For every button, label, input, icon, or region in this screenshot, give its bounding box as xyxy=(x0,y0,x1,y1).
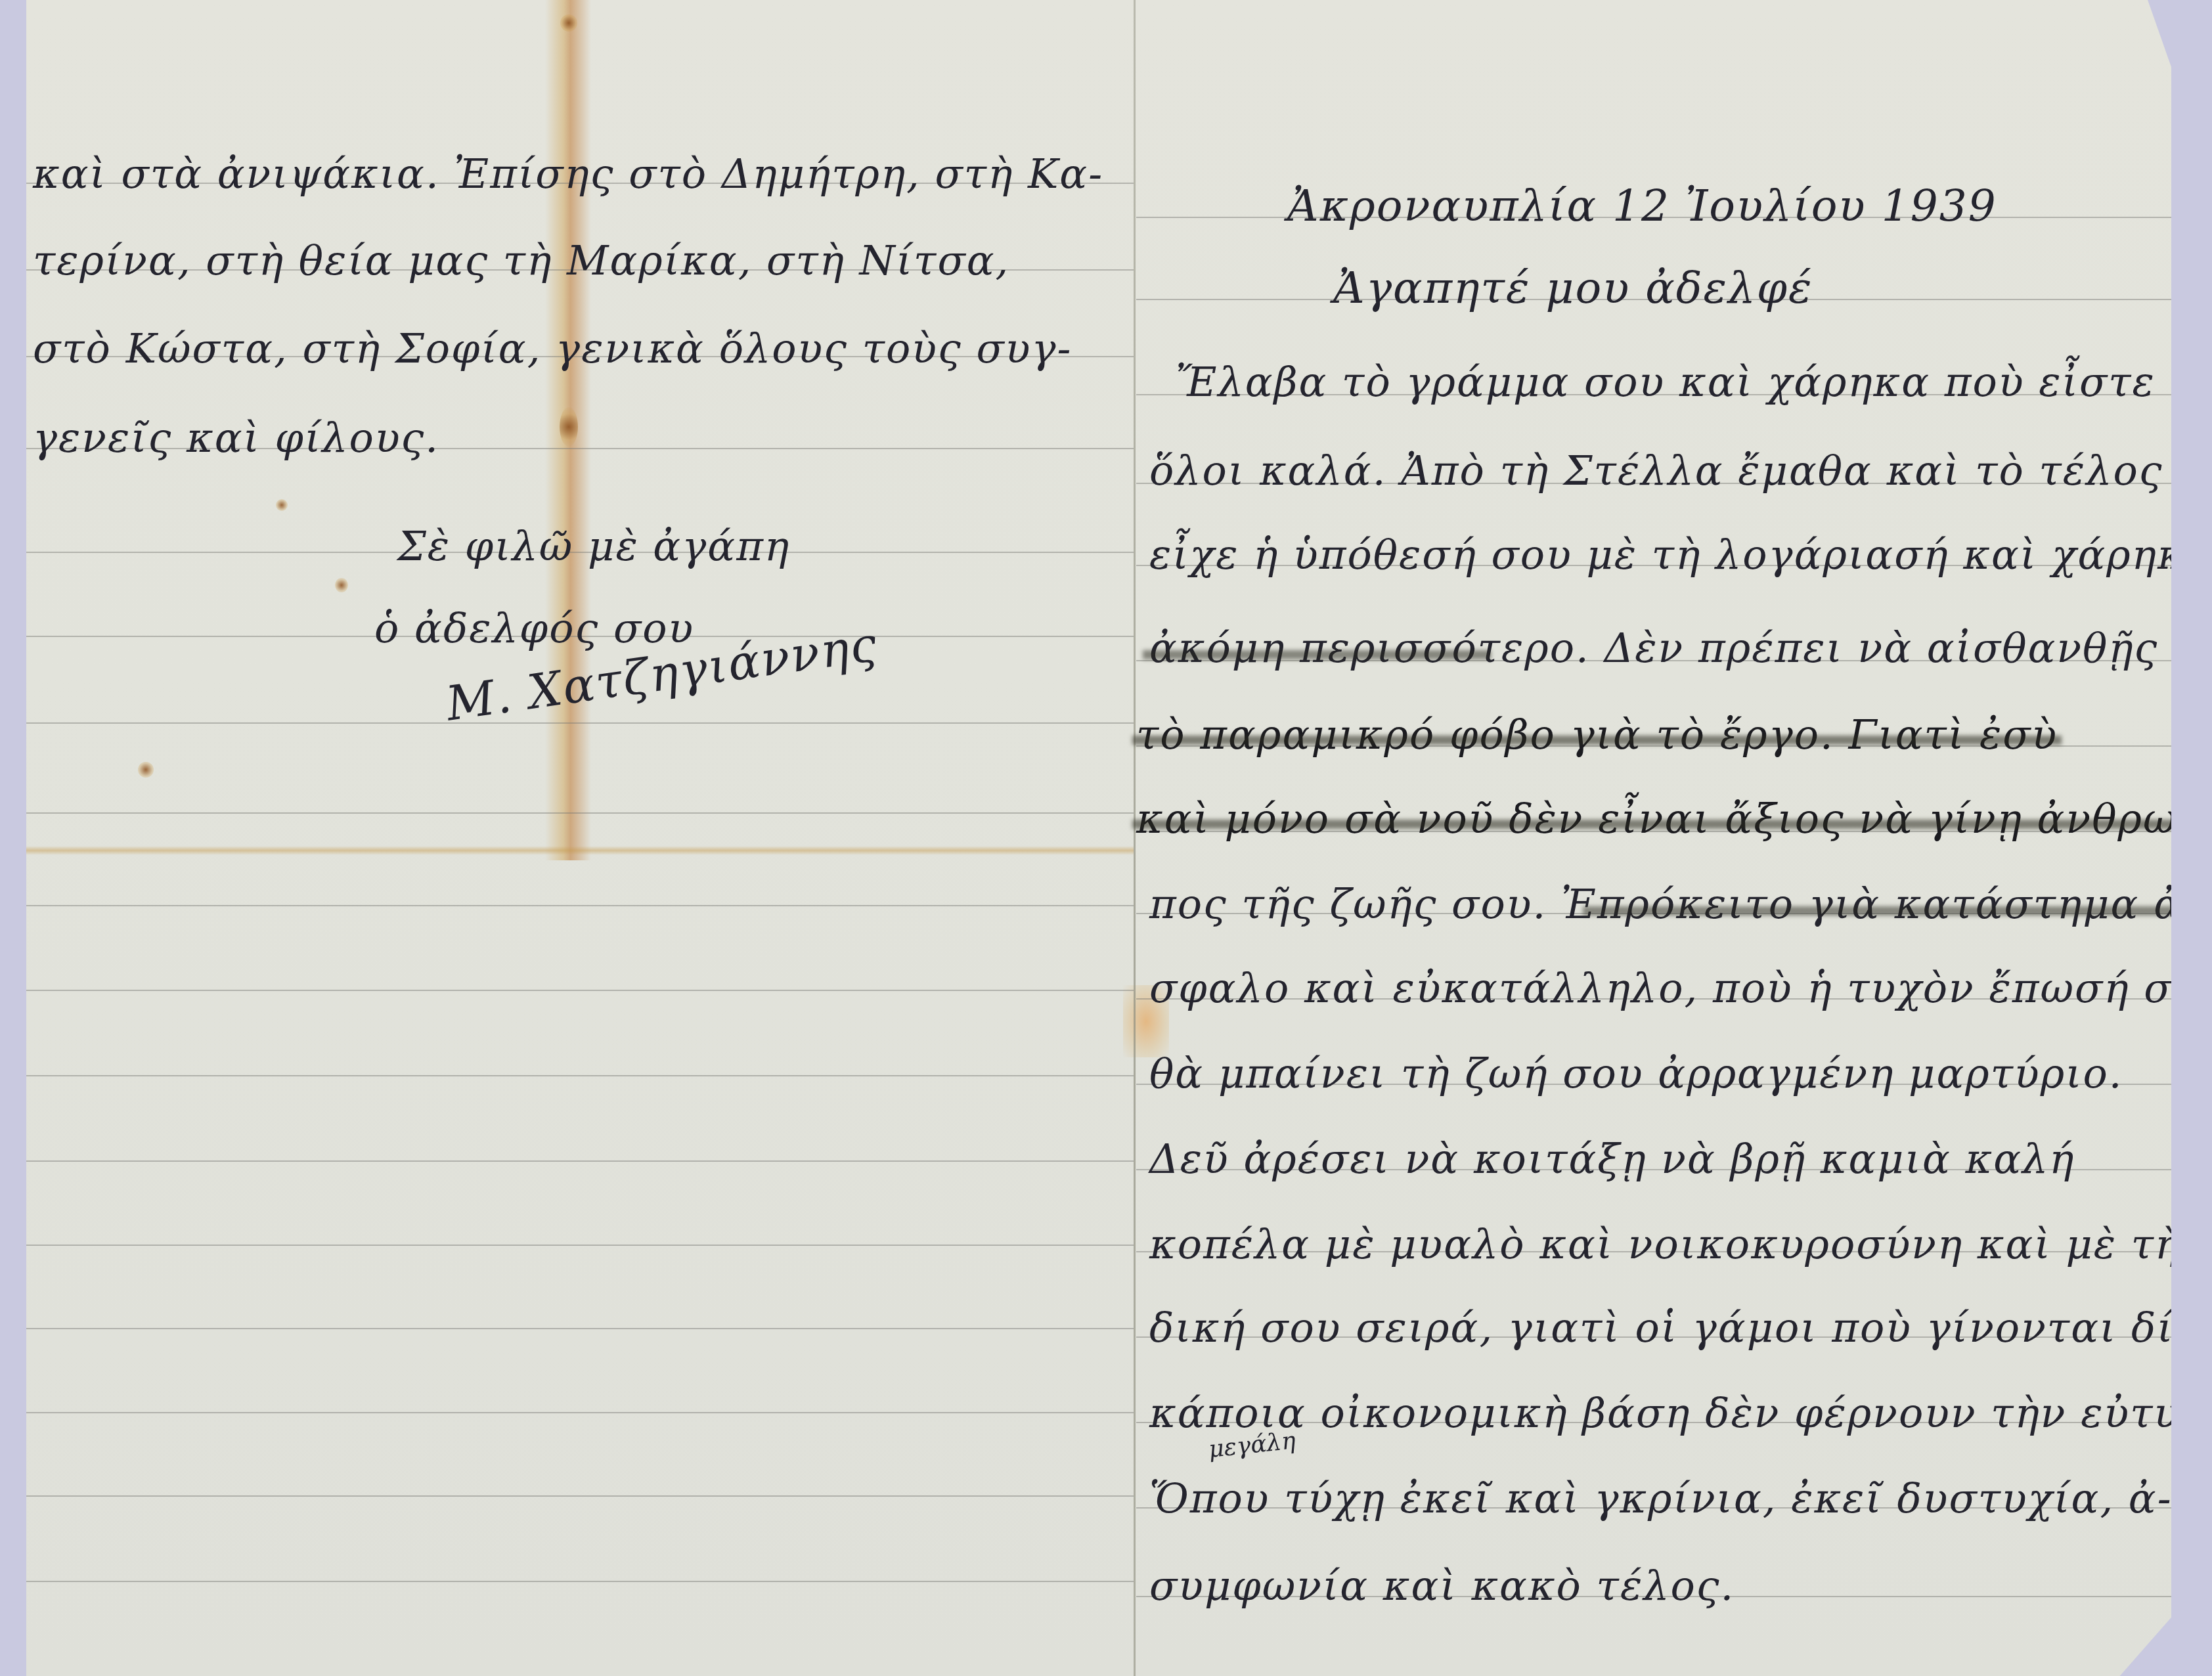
signoff-line: ὁ ἀδελφός σου xyxy=(374,604,694,652)
body-line: Δεῦ ἀρέσει νὰ κοιτάξῃ νὰ βρῇ καμιὰ καλή xyxy=(1149,1135,2075,1183)
body-line: σφαλο καὶ εὐκατάλληλο, ποὺ ἡ τυχὸν ἔπωσή… xyxy=(1149,964,2212,1012)
place-date: Ἀκροναυπλία 12 Ἰουλίου 1939 xyxy=(1287,181,1997,231)
body-line: συμφωνία καὶ κακὸ τέλος. xyxy=(1149,1562,1735,1610)
left-text-line: γενεῖς καὶ φίλους. xyxy=(33,414,439,462)
right-page: Ἀκροναυπλία 12 Ἰουλίου 1939 Ἀγαπητέ μου … xyxy=(1136,0,2171,1676)
body-line-struck: τὸ παραμικρό φόβο γιὰ τὸ ἔργο. Γιατὶ ἐσὺ xyxy=(1136,711,2058,759)
center-fold xyxy=(1134,0,1136,1676)
body-line: δική σου σειρά, γιατὶ οἱ γάμοι ποὺ γίνον… xyxy=(1149,1304,2212,1352)
body-line: ὅλοι καλά. Ἀπὸ τὴ Στέλλα ἔμαθα καὶ τὸ τέ… xyxy=(1149,447,2212,495)
body-line: πος τῆς ζωῆς σου. Ἐπρόκειτο γιὰ κατάστημ… xyxy=(1149,880,2198,928)
body-line: κάποια οἰκονομικὴ βάση δὲν φέρνουν τὴν ε… xyxy=(1149,1389,2212,1437)
body-line: κοπέλα μὲ μυαλὸ καὶ νοικοκυροσύνη καὶ μὲ… xyxy=(1149,1220,2180,1268)
letter-sheet: καὶ στὰ ἀνιψάκια. Ἐπίσης στὸ Δημήτρη, στ… xyxy=(26,0,2171,1676)
strike-overlay-line7 xyxy=(1583,906,2174,915)
left-page: καὶ στὰ ἀνιψάκια. Ἐπίσης στὸ Δημήτρη, στ… xyxy=(26,0,1133,1676)
body-line: Ἔλαβα τὸ γράμμα σου καὶ χάρηκα ποὺ εἶστε xyxy=(1176,358,2156,406)
body-line: εἶχε ἡ ὑπόθεσή σου μὲ τὴ λογάριασή καὶ χ… xyxy=(1149,531,2212,579)
body-line: θὰ μπαίνει τὴ ζωή σου ἀρραγμένη μαρτύριο… xyxy=(1149,1049,2123,1097)
left-text-line: τερίνα, στὴ θεία μας τὴ Μαρίκα, στὴ Νίτσ… xyxy=(33,236,1009,284)
body-line: Ὅπου τύχῃ ἐκεῖ καὶ γκρίνια, ἐκεῖ δυστυχί… xyxy=(1149,1474,2173,1522)
closing-line: Σὲ φιλῶ μὲ ἀγάπη xyxy=(397,522,790,570)
body-line-struck: καὶ μόνο σὰ νοῦ δὲν εἶναι ἄξιος νὰ γίνῃ … xyxy=(1136,795,2192,843)
left-text-line: καὶ στὰ ἀνιψάκια. Ἐπίσης στὸ Δημήτρη, στ… xyxy=(33,150,1103,198)
body-line-partly-struck: ἀκόμη περισσότερο. Δὲν πρέπει νὰ αἰσθανθ… xyxy=(1149,624,2212,672)
salutation: Ἀγαπητέ μου ἀδελφέ xyxy=(1333,263,1813,313)
strike-overlay-line4 xyxy=(1143,650,1491,659)
left-text-line: στὸ Κώστα, στὴ Σοφία, γενικὰ ὅλους τοὺς … xyxy=(33,324,1072,372)
